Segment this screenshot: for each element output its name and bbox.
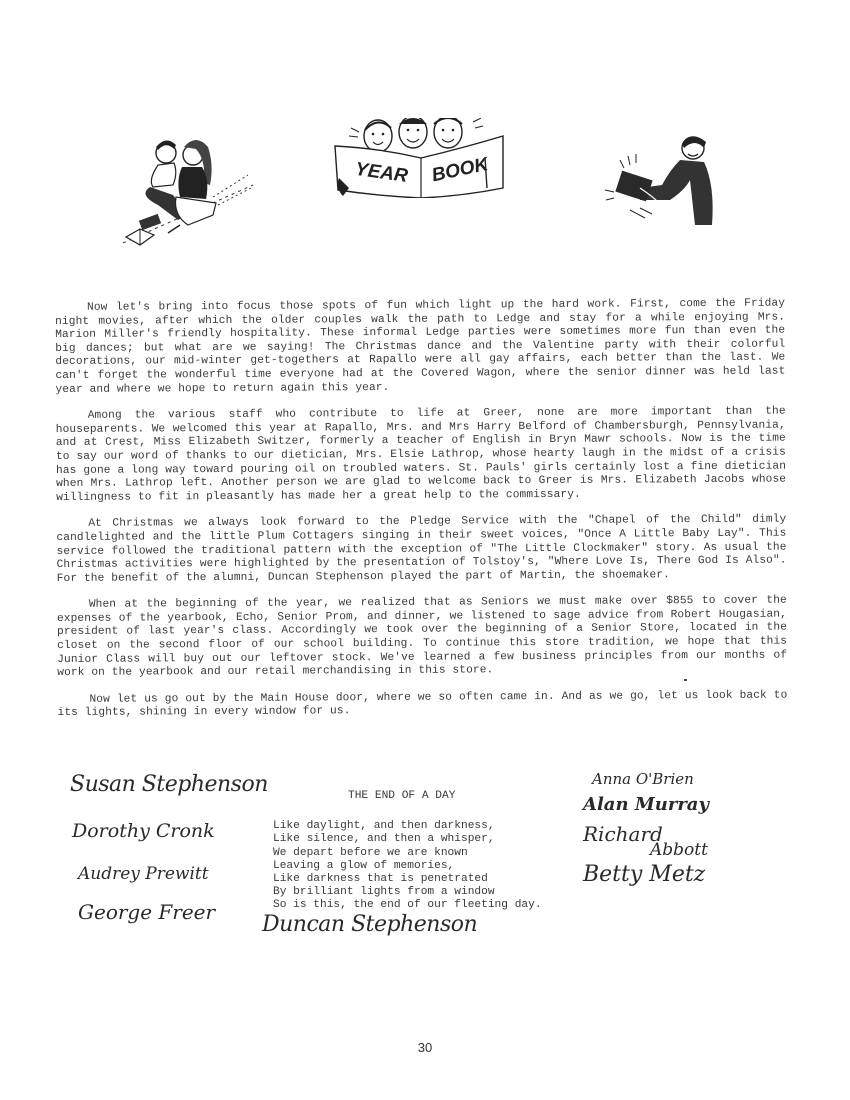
paragraph-fun: Now let's bring into focus those spots o… [55,298,786,398]
page-number: 30 [0,1040,850,1055]
poem-line: Like darkness that is penetrated [273,873,542,886]
signature-dorothy-cronk: Dorothy Cronk [72,820,215,842]
signature-alan-murray: Alan Murray [583,794,709,815]
poem-line: So is this, the end of our fleeting day. [273,899,542,912]
ink-speck [684,679,687,681]
man-with-camera-illustration [600,130,730,230]
poem-line: By brilliant lights from a window [273,886,542,899]
poem-title: THE END OF A DAY [348,790,542,803]
signature-george-freer: George Freer [78,900,215,924]
paragraph-senior-store: When at the beginning of the year, we re… [57,595,787,681]
paragraph-staff: Among the various staff who contribute t… [56,406,787,506]
signature-duncan-stephenson: Duncan Stephenson [262,912,477,937]
poem-line: Like silence, and then a whisper, [273,833,542,846]
couple-reading-illustration [118,125,258,250]
article-body: Now let's bring into focus those spots o… [55,298,788,734]
paragraph-farewell: Now let us go out by the Main House door… [57,689,787,721]
poem-line: Leaving a glow of memories, [273,860,542,873]
signature-betty-metz: Betty Metz [583,862,705,887]
yearbook-faces-illustration: YEAR BOOK [333,118,508,198]
poem: THE END OF A DAY Like daylight, and then… [273,790,542,913]
signature-abbott: Abbott [650,840,708,860]
signature-audrey-prewitt: Audrey Prewitt [78,864,209,884]
poem-line: We depart before we are known [273,847,542,860]
poem-line: Like daylight, and then darkness, [273,820,542,833]
signature-obrien: Anna O'Brien [592,770,694,788]
paragraph-christmas: At Christmas we always look forward to t… [56,514,786,586]
signature-susan-stephenson: Susan Stephenson [70,772,268,797]
